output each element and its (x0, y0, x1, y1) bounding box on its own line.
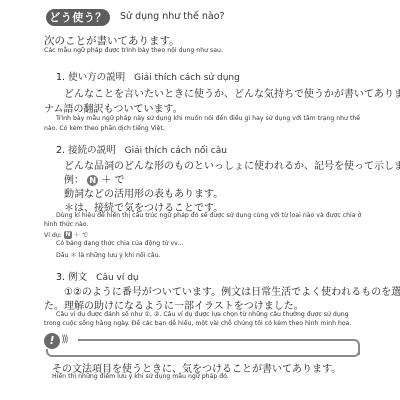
note-box-bottom-border (46, 349, 360, 357)
section-1-body-vn-2: nào. Có kèm theo phần dịch tiếng Việt. (44, 125, 165, 132)
section-1-number: 1. (56, 72, 65, 83)
section-1-body-jp-1: どんなことを言いたいときに使うか、どんな気持ちで使うかが書いてあります。ベト (64, 85, 400, 100)
sound-waves-icon: ))) (61, 334, 67, 345)
section-3-body-vn-1: Câu ví dụ được đánh số như ①, ②. Câu ví … (56, 311, 349, 318)
section-2-number: 2. (56, 145, 65, 156)
intro-jp: 次のことが書いてあります。 (44, 33, 180, 48)
section-2-body-jp-2: 動詞などの活用形の表もあります。 (64, 185, 223, 200)
section-3-number: 3. (56, 272, 65, 283)
section-2-body-vn-2: hình thức nào. (44, 221, 88, 228)
section-2-body-vn-1: Dùng kí hiệu để hiển thị cấu trúc ngữ ph… (56, 212, 361, 219)
note-box: ! ))) (44, 333, 360, 353)
noun-badge-icon: N (87, 175, 98, 186)
section-3-body-vn-2: trong cuộc sống hằng ngày. Để các bạn dễ… (44, 320, 351, 327)
section-2-body-vn-4: Dấu ＊ là những lưu ý khi nối câu. (56, 250, 160, 259)
section-2-example: 例： N ＋ で (64, 171, 125, 186)
section-3-body-jp-1: ①②のように番号がついています。例文は日常生活でよく使われるものを選びまし (64, 283, 400, 298)
exclamation-icon: ! (44, 333, 60, 349)
section-2-body-jp-1: どんな品詞のどんな形のものといっしょに使われるか、記号を使って示しました。 (64, 157, 400, 172)
noun-badge-small-icon: N (64, 231, 72, 239)
section-1-heading: 1. 使い方の説明 Giải thích cách sử dụng (56, 69, 240, 83)
section-2-heading: 2. 接続の説明 Giải thích cách nối câu (56, 142, 227, 156)
section-1-title-vn: Giải thích cách sử dụng (134, 73, 240, 83)
section-1-body-vn-1: Trình bày mẫu ngữ pháp này sử dụng khi m… (56, 115, 360, 122)
how-to-use-badge: どう使う？ (46, 9, 110, 26)
section-2-body-vn-3: Có bảng dạng thức chia của động từ vv... (56, 240, 183, 247)
section-3-heading: 3. 例文 Câu ví dụ (56, 269, 139, 283)
section-2-title-vn: Giải thích cách nối câu (125, 146, 227, 156)
note-vn: Hiển thị những điểm lưu ý khi sử dụng mẫ… (52, 373, 229, 380)
section-3-body-jp-2: た。理解の助けになるように一部イラストをつけました。 (44, 297, 304, 312)
section-1-title-jp: 使い方の説明 (68, 72, 125, 83)
header-subtitle-vn: Sử dụng như thế nào? (120, 11, 225, 22)
section-3-title-vn: Câu ví dụ (96, 273, 138, 283)
vn-example-rest: ＋ で (74, 232, 88, 239)
vn-example-label: Ví dụ: (44, 232, 62, 239)
section-3-title-jp: 例文 (68, 272, 87, 283)
intro-vn: Các mẫu ngữ pháp được trình bày theo nội… (44, 47, 223, 54)
section-1-body-jp-2: ナム語の翻訳もついています。 (44, 100, 183, 115)
section-2-title-jp: 接続の説明 (68, 145, 116, 156)
section-2-vn-example: Ví dụ: N ＋ で (44, 230, 88, 239)
